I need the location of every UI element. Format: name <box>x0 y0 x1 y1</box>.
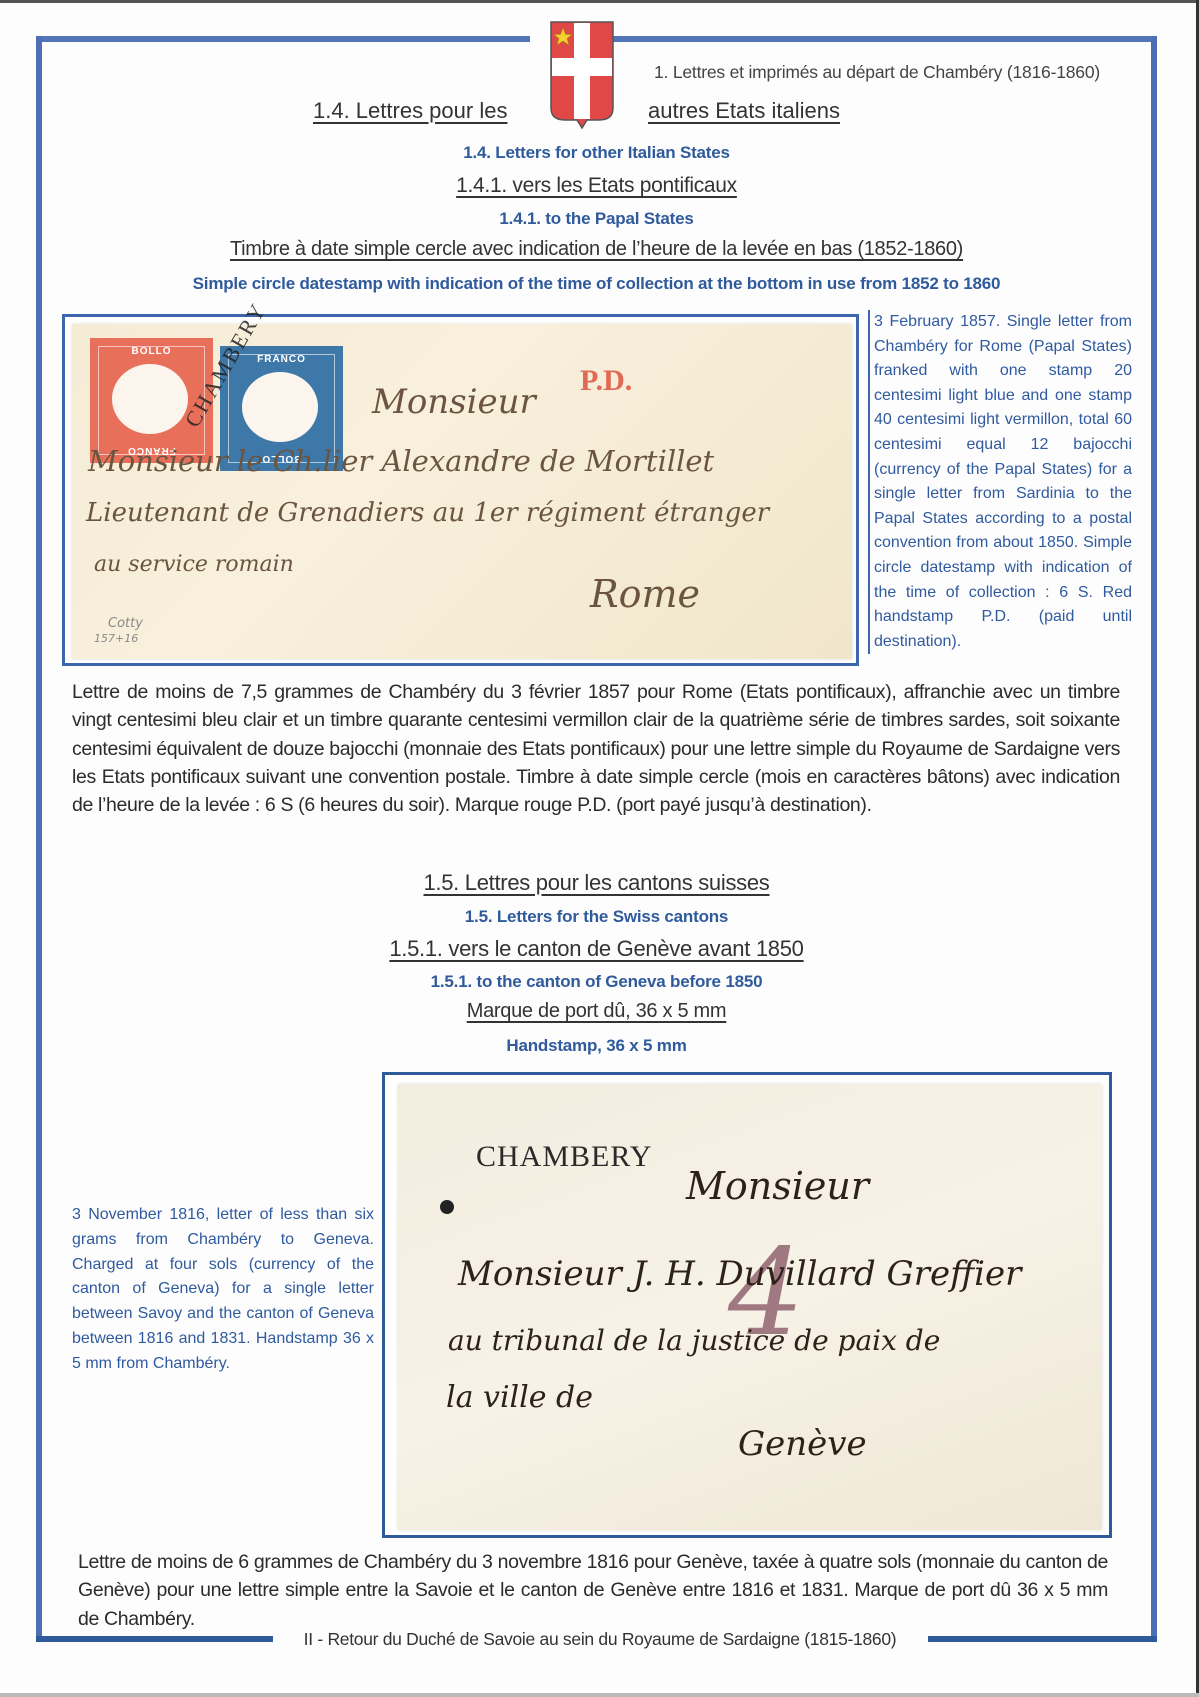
page-frame-right <box>1151 36 1157 1642</box>
subsection-subtitle-en: Simple circle datestamp with indication … <box>42 274 1151 294</box>
address-line-1: Monsieur <box>686 1164 869 1208</box>
ink-dot <box>440 1200 454 1214</box>
pd-red-handstamp: P.D. <box>580 364 632 398</box>
subsection-title-en: 1.4.1. to the Papal States <box>42 209 1151 229</box>
address-line-5: Genève <box>738 1424 867 1464</box>
chapter-heading: 1. Lettres et imprimés au départ de Cham… <box>654 62 1100 83</box>
cover-description-en-rome: 3 February 1857. Single letter from Cham… <box>868 310 1132 654</box>
section-151-subtitle-en: Handstamp, 36 x 5 mm <box>42 1036 1151 1056</box>
chambery-handstamp: CHAMBERY <box>476 1140 652 1174</box>
section-15-title-en: 1.5. Letters for the Swiss cantons <box>42 907 1151 927</box>
address-line-2: Monsieur J. H. Duvillard Greffier <box>458 1254 1021 1294</box>
address-line-1: Monsieur <box>372 382 536 422</box>
section-15-title-fr: 1.5. Lettres pour les cantons suisses <box>42 870 1151 896</box>
address-line-3: Lieutenant de Grenadiers au 1er régiment… <box>86 498 769 528</box>
pencil-note-1: Cotty <box>108 616 143 631</box>
address-line-3: au tribunal de la justice de paix de <box>448 1324 940 1357</box>
section-title-en: 1.4. Letters for other Italian States <box>42 143 1151 163</box>
section-151-title-fr: 1.5.1. vers le canton de Genève avant 18… <box>42 936 1151 962</box>
subsection-title-fr: 1.4.1. vers les Etats pontificaux <box>42 174 1151 198</box>
page-frame-top-right <box>608 36 1157 42</box>
address-line-4: la ville de <box>446 1380 593 1415</box>
page-frame-bottom-left <box>36 1636 273 1642</box>
address-line-2: Monsieur le Ch.lier Alexandre de Mortill… <box>88 444 714 478</box>
scan-edge-top <box>0 0 1199 3</box>
address-line-5: Rome <box>590 572 700 616</box>
savoy-crest-icon <box>549 20 615 135</box>
cover-description-en-geneva: 3 November 1816, letter of less than six… <box>72 1203 374 1377</box>
section-151-subtitle-fr: Marque de port dû, 36 x 5 mm <box>42 1000 1151 1023</box>
section-title-fr-part1: 1.4. Lettres pour les <box>313 98 507 124</box>
cover-description-fr-rome: Lettre de moins de 7,5 grammes de Chambé… <box>72 678 1120 819</box>
section-title-fr-part2: autres Etats italiens <box>648 98 840 124</box>
page-frame-top-left <box>36 36 530 42</box>
cover-description-fr-geneva: Lettre de moins de 6 grammes de Chambéry… <box>78 1548 1108 1633</box>
section-151-title-en: 1.5.1. to the canton of Geneva before 18… <box>42 972 1151 992</box>
address-line-4: au service romain <box>94 552 294 577</box>
cover-image-geneva-letter: CHAMBERY 4 Monsieur Monsieur J. H. Duvil… <box>398 1084 1102 1530</box>
pencil-note-2: 157+16 <box>94 632 138 645</box>
page-footer: II - Retour du Duché de Savoie au sein d… <box>280 1629 920 1650</box>
subsection-subtitle-fr: Timbre à date simple cercle avec indicat… <box>42 238 1151 261</box>
cover-image-rome-letter: BOLLO FRANCO FRANCO BOLLO CHAMBERY P.D. … <box>72 324 852 659</box>
scan-edge-bottom <box>0 1693 1199 1697</box>
page-frame-bottom-right <box>928 1636 1157 1642</box>
